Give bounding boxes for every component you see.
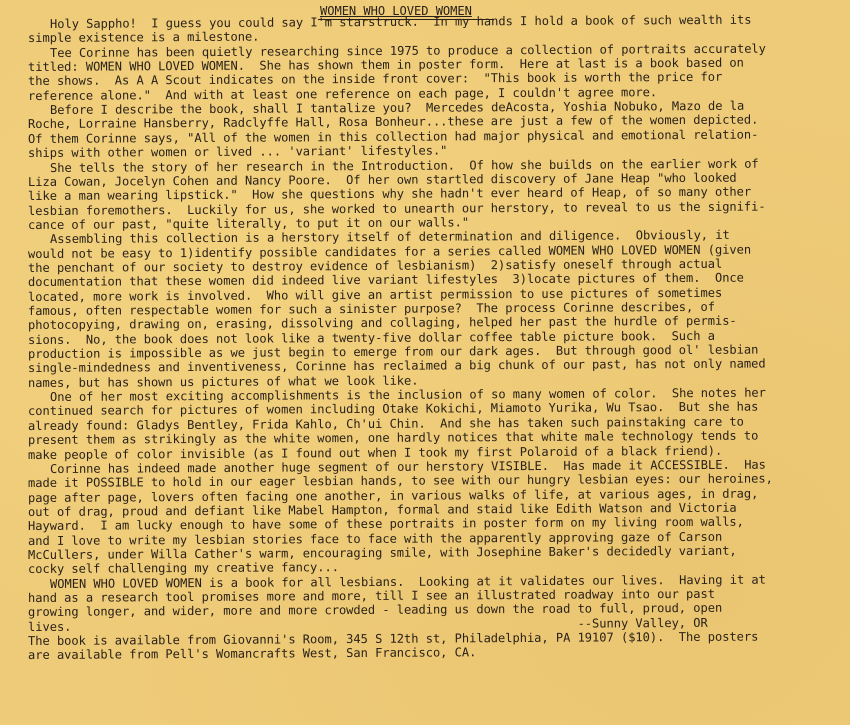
text-line: McCullers, under Willa Cather's warm, en… bbox=[28, 544, 737, 563]
text-line: simple existence is a milestone. bbox=[28, 30, 259, 46]
text-line: Holy Sappho! I guess you could say I'm s… bbox=[50, 13, 752, 32]
review-page: WOMEN WHO LOVED WOMEN Holy Sappho! I gue… bbox=[0, 0, 850, 725]
text-line: are available from Pell's Womancrafts We… bbox=[28, 646, 476, 664]
